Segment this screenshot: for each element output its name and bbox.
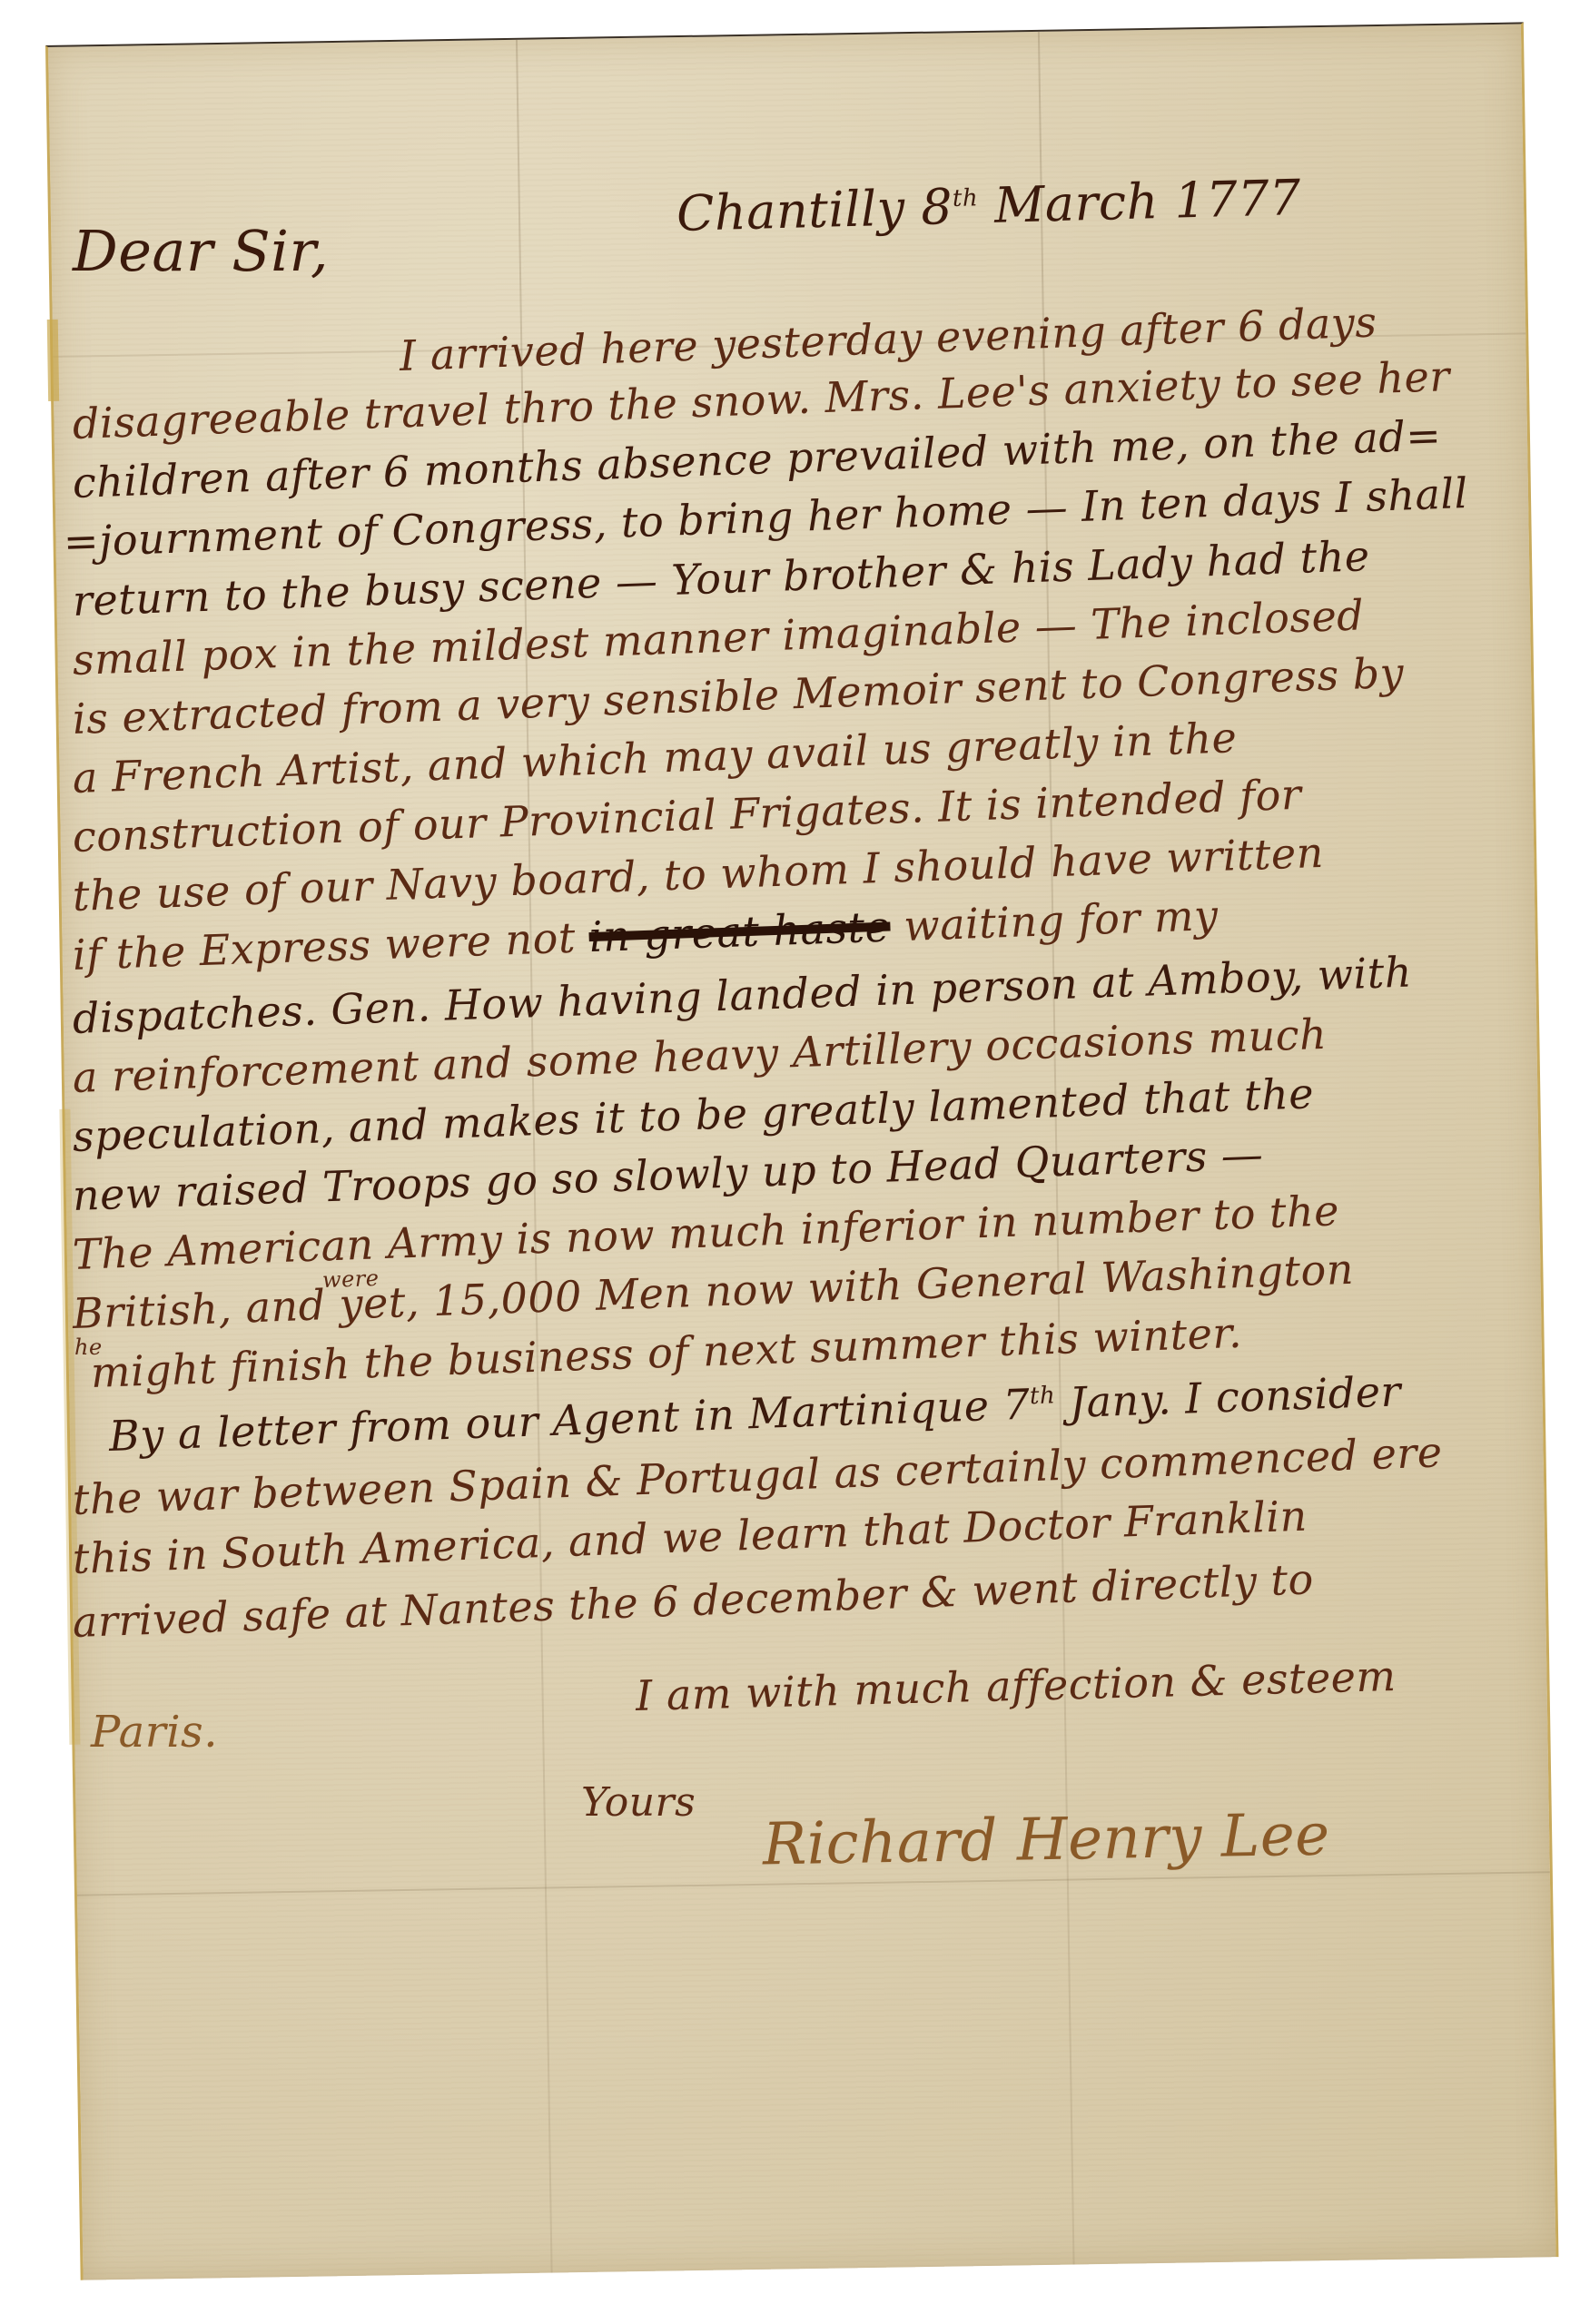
body-line-23: Paris.	[91, 1707, 218, 1758]
dateline-day-suffix: th	[953, 184, 979, 212]
dateline-place: Chantilly	[676, 179, 905, 242]
closing-yours: Yours	[581, 1779, 696, 1826]
signature: Richard Henry Lee	[762, 1802, 1330, 1879]
dateline-month-year: March 1777	[993, 169, 1301, 234]
martinique-date-suffix: th	[1029, 1382, 1055, 1410]
dateline-day: 8	[920, 178, 953, 236]
paper-edge-tab	[47, 320, 59, 401]
salutation: Dear Sir,	[73, 218, 329, 284]
struck-through-text: in great haste	[588, 902, 891, 962]
